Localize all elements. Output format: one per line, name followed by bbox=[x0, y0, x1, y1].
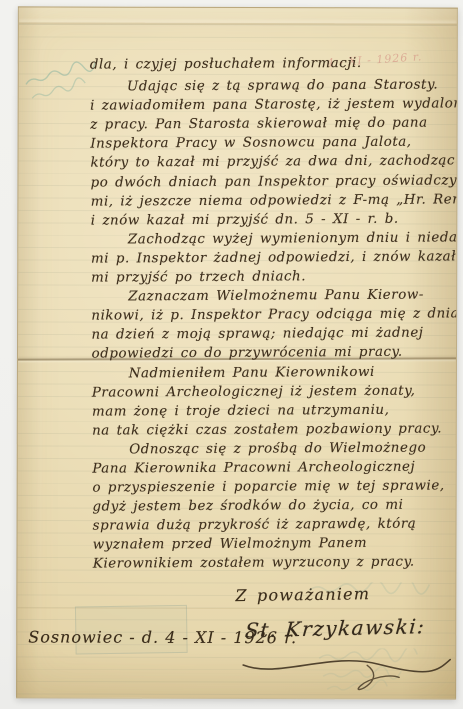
fold-crease-top bbox=[19, 22, 457, 25]
letter-line: mam żonę i troje dzieci na utrzymaniu, bbox=[92, 400, 458, 421]
signature: St. Krzykawski: bbox=[244, 614, 426, 642]
letter-line: mi przyjść po trzech dniach. bbox=[91, 266, 457, 287]
letter-line: dla, i czyjej posłuchałem informacji. bbox=[90, 53, 456, 74]
letter-line: Udając się z tą sprawą do pana Starosty. bbox=[90, 75, 456, 96]
letter-line: Pana Kierownika Pracowni Archeologicznej bbox=[92, 457, 458, 478]
letter-body: dla, i czyjej posłuchałem informacji.Uda… bbox=[90, 53, 458, 574]
letter-line: o przyspieszenie i poparcie mię w tej sp… bbox=[92, 476, 458, 497]
letter-line: i znów kazał mi przyjść dn. 5 - XI - r. … bbox=[91, 209, 457, 230]
letter-line: nikowi, iż p. Inspektor Pracy odciąga mi… bbox=[91, 305, 457, 326]
letter-line: sprawia dużą przykrość iż zaprawdę, któr… bbox=[93, 515, 458, 536]
letter-line: Inspektora Pracy w Sosnowcu pana Jalota, bbox=[90, 133, 456, 154]
letter-line: mi, iż jeszcze niema odpowiedzi z F-mą „… bbox=[91, 190, 457, 211]
letter-line: wyznałem przed Wielmożnym Panem bbox=[93, 534, 458, 555]
signature-flourish-icon bbox=[239, 651, 454, 700]
letter-line: na dzień z moją sprawą; niedając mi żadn… bbox=[91, 324, 457, 345]
letter-line: mi p. Inspektor żadnej odpowiedzi, i znó… bbox=[91, 247, 457, 268]
verso-ink-bleed-icon bbox=[317, 648, 452, 694]
letter-line: który to kazał mi przyjść za dwa dni, za… bbox=[90, 152, 456, 173]
letter-line: Kierownikiem zostałem wyrzucony z pracy. bbox=[93, 553, 458, 574]
letter-line: Zachodząc wyżej wymienionym dniu i nieda… bbox=[91, 228, 457, 249]
letter-paper: 4 - XI - 1926 r. dla, i czyjej posłuchał… bbox=[16, 6, 458, 699]
scan-background: 4 - XI - 1926 r. dla, i czyjej posłuchał… bbox=[0, 0, 463, 709]
letter-line: Odnosząc się z prośbą do Wielmożnego bbox=[92, 438, 458, 459]
closing-line: Z poważaniem bbox=[235, 584, 370, 605]
letter-line: odpowiedzi co do przywrócenia mi pracy. bbox=[92, 343, 458, 364]
letter-line: Nadmieniłem Panu Kierownikowi bbox=[92, 362, 458, 383]
letter-line: na tak ciężki czas zostałem pozbawiony p… bbox=[92, 419, 458, 440]
letter-line: Pracowni Archeologicznej iż jestem żonat… bbox=[92, 381, 458, 402]
letter-line: i zawiadomiłem pana Starostę, iż jestem … bbox=[90, 95, 456, 116]
letter-line: Zaznaczam Wielmożnemu Panu Kierow- bbox=[91, 285, 457, 306]
fold-crease-bottom bbox=[17, 607, 455, 609]
letter-line: gdyż jestem bez środków do życia, co mi bbox=[92, 496, 457, 517]
letter-line: z pracy. Pan Starosta skierował mię do p… bbox=[90, 114, 456, 135]
letter-line: po dwóch dniach pan Inspektor pracy oświ… bbox=[90, 171, 456, 192]
